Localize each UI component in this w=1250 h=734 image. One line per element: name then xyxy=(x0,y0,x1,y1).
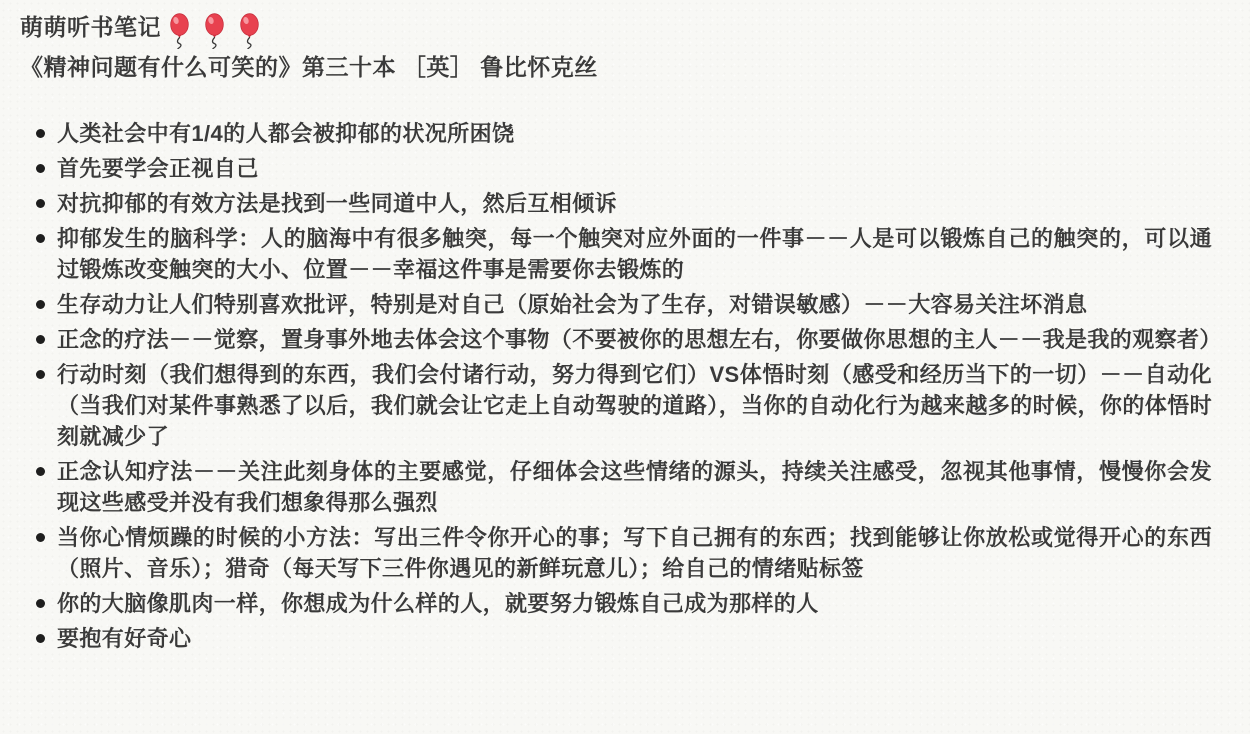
note-item: 你的大脑像肌肉一样，你想成为什么样的人，就要努力锻炼自己成为那样的人 xyxy=(20,588,1212,619)
note-item: 抑郁发生的脑科学：人的脑海中有很多触突，每一个触突对应外面的一件事－－人是可以锻… xyxy=(20,223,1212,285)
balloon-icon xyxy=(239,13,260,49)
note-item: 当你心情烦躁的时候的小方法：写出三件令你开心的事；写下自己拥有的东西；找到能够让… xyxy=(20,522,1212,584)
note-item: 首先要学会正视自己 xyxy=(20,153,1212,184)
balloon-icons xyxy=(169,13,260,49)
note-item: 正念认知疗法－－关注此刻身体的主要感觉，仔细体会这些情绪的源头，持续关注感受，忽… xyxy=(20,456,1212,518)
note-item: 生存动力让人们特别喜欢批评，特别是对自己（原始社会为了生存，对错误敏感）－－大容… xyxy=(20,289,1212,320)
notes-list: 人类社会中有1/4的人都会被抑郁的状况所困饶 首先要学会正视自己 对抗抑郁的有效… xyxy=(20,118,1230,654)
book-subtitle: 《精神问题有什么可笑的》第三十本 ［英］ 鲁比怀克丝 xyxy=(20,48,1230,86)
note-title-line: 萌萌听书笔记 xyxy=(20,8,1230,46)
note-item: 人类社会中有1/4的人都会被抑郁的状况所困饶 xyxy=(20,118,1212,149)
note-item: 正念的疗法－－觉察，置身事外地去体会这个事物（不要被你的思想左右，你要做你思想的… xyxy=(20,324,1212,355)
note-page: 萌萌听书笔记 xyxy=(0,0,1250,654)
note-item: 行动时刻（我们想得到的东西，我们会付诸行动，努力得到它们）VS体悟时刻（感受和经… xyxy=(20,359,1212,452)
note-item: 要抱有好奇心 xyxy=(20,623,1212,654)
note-title: 萌萌听书笔记 xyxy=(20,8,161,46)
balloon-icon xyxy=(169,13,190,49)
balloon-icon xyxy=(204,13,225,49)
note-item: 对抗抑郁的有效方法是找到一些同道中人，然后互相倾诉 xyxy=(20,188,1212,219)
